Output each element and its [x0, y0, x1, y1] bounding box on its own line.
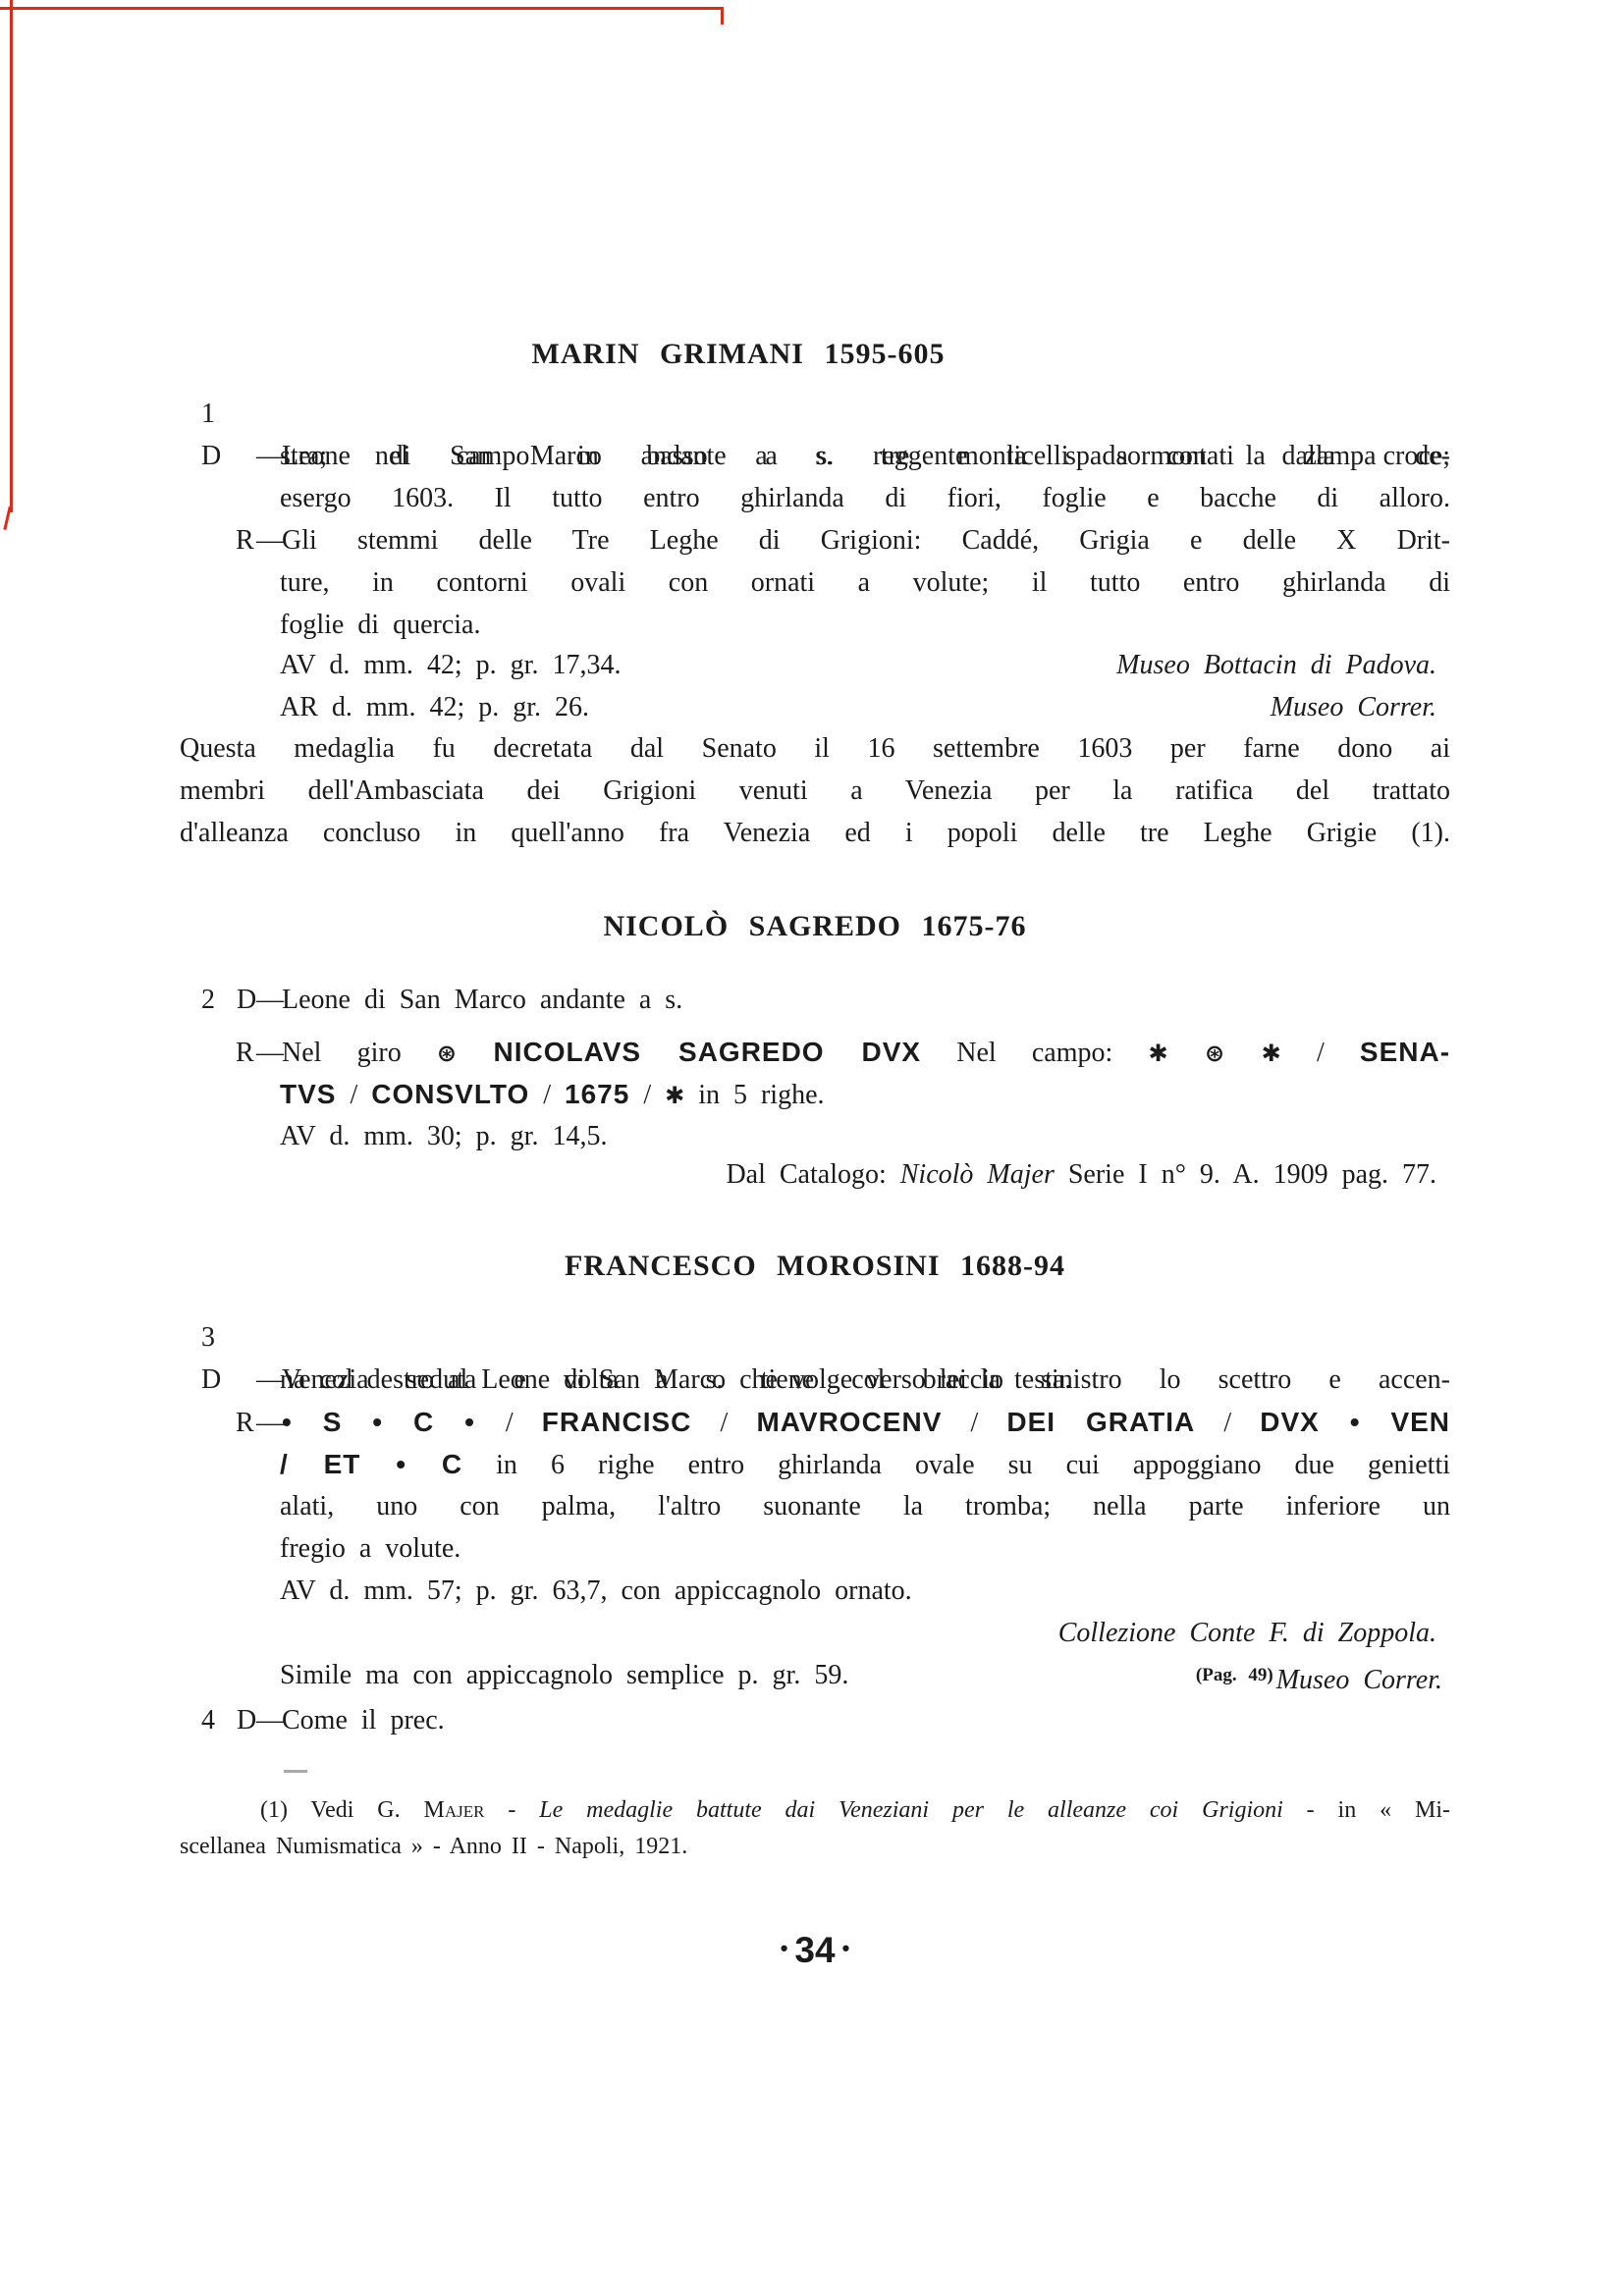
simile-text: Simile ma con appiccagnolo semplice p. g… [280, 1654, 848, 1696]
entry-line: R—• S • C • / FRANCISC / MAVROCENV / DEI… [180, 1401, 1450, 1443]
text-run: Questa medaglia fu decretata dal Senato … [180, 733, 1450, 764]
text-run: stra; nel campo in basso a s. tre montic… [280, 441, 1450, 471]
entry-dash: — [256, 1402, 282, 1444]
text-run: ture, in contorni ovali con ornati a vol… [280, 567, 1450, 598]
text-run: in 5 righe. [684, 1080, 824, 1110]
entry-line: 2 D—Leone di San Marco andante a s. [180, 979, 1450, 1021]
section-title-francesco-morosini: FRANCESCO MOROSINI 1688-94 [180, 1244, 1450, 1289]
entry-dash: — [256, 519, 282, 561]
page-number-dot: • [836, 1936, 857, 1960]
entry-text: Leone di San Marco andante a s. [282, 985, 682, 1015]
text-run: (1) Vedi G. [260, 1797, 424, 1823]
text-run: na col destro al Leone di San Marco che … [280, 1364, 1071, 1395]
text-run: CONSVLTO [371, 1079, 529, 1109]
text-run: Come il prec. [282, 1705, 445, 1735]
text-run: Leone di San Marco andante a s. [282, 985, 682, 1015]
text-run: Nel giro [282, 1038, 437, 1068]
text-run: Museo Bottacin di Padova. [1116, 650, 1436, 680]
text-run: / [1281, 1038, 1360, 1068]
text-run: fregio a volute. [280, 1533, 460, 1564]
entry-line: stra; nel campo in basso a s. tre montic… [180, 435, 1450, 477]
entry-text: • S • C • / FRANCISC / MAVROCENV / DEI G… [282, 1408, 1450, 1438]
text-run: / [629, 1080, 665, 1110]
simile-line: Simile ma con appiccagnolo semplice p. g… [180, 1654, 1450, 1696]
entry-2d: 2 D—Leone di San Marco andante a s. [180, 979, 1450, 1021]
simile-note: Simile ma con appiccagnolo semplice p. g… [180, 1654, 1450, 1696]
text-run: DEI GRATIA [1006, 1407, 1195, 1437]
text-run: • S • C • [282, 1407, 506, 1437]
catalog-reference: Dal Catalogo: Nicolò Majer Serie I n° 9.… [180, 1153, 1450, 1196]
collection-attribution: Collezione Conte F. di Zoppola. [180, 1612, 1450, 1654]
entry-dash: — [256, 1032, 282, 1074]
entry-dash: — [256, 979, 282, 1021]
text-run: / [942, 1408, 1006, 1438]
text-run: TVS [280, 1079, 336, 1109]
text-run: Nicolò Majer [900, 1159, 1055, 1190]
museum-attribution: Museo Correr. [1271, 686, 1436, 728]
entry-line: fregio a volute. [180, 1527, 1450, 1570]
entry-text: Nel giro ⊛ NICOLAVS SAGREDO DVX Nel camp… [282, 1038, 1450, 1068]
text-run: Museo Correr. [1276, 1665, 1442, 1695]
footnote-separator [284, 1770, 307, 1773]
spec-line: AV d. mm. 42; p. gr. 17,34.Museo Bottaci… [180, 644, 1450, 686]
text-run: / [691, 1408, 756, 1438]
specs-morosini: AV d. mm. 57; p. gr. 63,7, con appiccagn… [180, 1570, 1450, 1612]
museum-attribution: (Pag. 49)Museo Correr. [1196, 1654, 1442, 1696]
entry-dash: — [256, 1699, 282, 1741]
footnote-line: (1) Vedi G. Majer - Le medaglie battute … [180, 1792, 1450, 1829]
spec-line: AR d. mm. 42; p. gr. 26.Museo Correr. [180, 686, 1450, 728]
text-run: membri dell'Ambasciata dei Grigioni venu… [180, 775, 1450, 806]
paragraph-line: Questa medaglia fu decretata dal Senato … [180, 727, 1450, 770]
text-run: AR d. mm. 42; p. gr. 26. [280, 692, 589, 722]
text-run: Dal Catalogo: [726, 1159, 899, 1190]
text-run: SENA- [1360, 1037, 1450, 1067]
red-pen-mark-left-tail [3, 507, 11, 530]
red-pen-mark-top [0, 7, 724, 10]
footnote-line: scellanea Numismatica » - Anno II - Napo… [180, 1829, 1450, 1865]
text-run: scellanea Numismatica » - Anno II - Napo… [180, 1834, 687, 1859]
entry-line: / ET • C in 6 righe entro ghirlanda oval… [180, 1443, 1450, 1485]
text-run: DVX • VEN [1260, 1407, 1450, 1437]
spec-value: AR d. mm. 42; p. gr. 26. [280, 686, 589, 728]
red-pen-mark-top-tick [721, 7, 724, 25]
text-run: ✱ [665, 1082, 684, 1109]
entry-dash: — [256, 1359, 282, 1401]
text-run: Majer [424, 1797, 485, 1823]
text-run: ✱ ⊛ ✱ [1148, 1040, 1280, 1067]
book-page: { "scan_marks": {"color": "#dd2b17"}, "s… [0, 0, 1624, 2296]
entry-label: R [236, 519, 256, 561]
specs-sagredo: AV d. mm. 30; p. gr. 14,5. [180, 1115, 1450, 1157]
page-number-dot: • [774, 1936, 795, 1960]
text-run: ⊛ [437, 1040, 494, 1067]
entry-line: TVS / CONSVLTO / 1675 / ✱ in 5 righe. [180, 1073, 1450, 1115]
entry-label: 2 D [201, 979, 256, 1021]
entry-3d: 3 D—Venezia seduta e volta a s. tiene co… [180, 1316, 1450, 1401]
entry-line: 3 D—Venezia seduta e volta a s. tiene co… [180, 1316, 1450, 1359]
museum-attribution: Museo Bottacin di Padova. [1116, 644, 1436, 686]
entry-line: R—Gli stemmi delle Tre Leghe di Grigioni… [180, 519, 1450, 561]
text-run: FRANCISC [542, 1407, 692, 1437]
text-run: AV d. mm. 30; p. gr. 14,5. [280, 1121, 607, 1151]
text-run: Gli stemmi delle Tre Leghe di Grigioni: … [282, 525, 1450, 556]
entry-label: 3 D [201, 1316, 256, 1401]
text-run: / [336, 1080, 371, 1110]
text-run: / ET • C [280, 1449, 462, 1479]
entry-text: Gli stemmi delle Tre Leghe di Grigioni: … [282, 525, 1450, 556]
spec-line: AV d. mm. 57; p. gr. 63,7, con appiccagn… [180, 1570, 1450, 1612]
text-run: / [529, 1080, 565, 1110]
text-run: Collezione Conte F. di Zoppola. [1058, 1618, 1436, 1648]
entry-3r: R—• S • C • / FRANCISC / MAVROCENV / DEI… [180, 1401, 1450, 1570]
text-run: Serie I n° 9. A. 1909 pag. 77. [1055, 1159, 1436, 1190]
footnote: (1) Vedi G. Majer - Le medaglie battute … [180, 1792, 1450, 1865]
entry-label: R [236, 1032, 256, 1074]
entry-4d: 4 D—Come il prec. [180, 1699, 1450, 1741]
catalog-line: Dal Catalogo: Nicolò Majer Serie I n° 9.… [180, 1153, 1450, 1196]
text-run: (Pag. 49) [1196, 1665, 1276, 1685]
text-run: MAVROCENV [756, 1407, 942, 1437]
entry-text: Come il prec. [282, 1705, 445, 1735]
text-run: foglie di quercia. [280, 610, 480, 640]
spec-value: AV d. mm. 42; p. gr. 17,34. [280, 644, 621, 686]
entry-line: esergo 1603. Il tutto entro ghirlanda di… [180, 477, 1450, 519]
text-run: Le medaglie battute dai Veneziani per le… [539, 1797, 1283, 1823]
entry-1d: 1 D—Leone di San Marco andante a s. regg… [180, 393, 1450, 519]
paragraph-line: membri dell'Ambasciata dei Grigioni venu… [180, 770, 1450, 812]
text-run: - in « Mi- [1283, 1797, 1450, 1823]
entry-label: 4 D [201, 1699, 256, 1741]
text-run: d'alleanza concluso in quell'anno fra Ve… [180, 818, 1450, 848]
text-run: / [1195, 1408, 1260, 1438]
spec-line: AV d. mm. 30; p. gr. 14,5. [180, 1115, 1450, 1157]
entry-label: 1 D [201, 393, 256, 477]
paragraph-line: d'alleanza concluso in quell'anno fra Ve… [180, 812, 1450, 854]
text-run: alati, uno con palma, l'altro suonante l… [280, 1491, 1450, 1522]
text-run: - [485, 1797, 540, 1823]
entry-line: ture, in contorni ovali con ornati a vol… [180, 561, 1450, 604]
text-run: AV d. mm. 57; p. gr. 63,7, con appiccagn… [280, 1575, 912, 1606]
text-run: 1675 [565, 1079, 629, 1109]
entry-line: foglie di quercia. [180, 604, 1450, 646]
entry-line: 4 D—Come il prec. [180, 1699, 1450, 1741]
entry-line: R—Nel giro ⊛ NICOLAVS SAGREDO DVX Nel ca… [180, 1031, 1450, 1073]
section-title-nicolo-sagredo: NICOLÒ SAGREDO 1675-76 [180, 904, 1450, 949]
entry-2r: R—Nel giro ⊛ NICOLAVS SAGREDO DVX Nel ca… [180, 1031, 1450, 1115]
text-run: NICOLAVS SAGREDO DVX [493, 1037, 921, 1067]
entry-dash: — [256, 435, 282, 477]
entry-line: alati, uno con palma, l'altro suonante l… [180, 1485, 1450, 1527]
paragraph-decree: Questa medaglia fu decretata dal Senato … [180, 727, 1450, 854]
entry-label: R [236, 1402, 256, 1444]
text-run: AV d. mm. 42; p. gr. 17,34. [280, 650, 621, 680]
collection-line: Collezione Conte F. di Zoppola. [180, 1612, 1450, 1654]
section-title-marin-grimani: MARIN GRIMANI 1595-605 [103, 332, 1374, 377]
text-run: / [506, 1408, 542, 1438]
entry-1r: R—Gli stemmi delle Tre Leghe di Grigioni… [180, 519, 1450, 646]
text-run: in 6 righe entro ghirlanda ovale su cui … [462, 1450, 1450, 1480]
text-run: Simile ma con appiccagnolo semplice p. g… [280, 1660, 848, 1690]
text-run: Museo Correr. [1271, 692, 1436, 722]
specs-grimani: AV d. mm. 42; p. gr. 17,34.Museo Bottaci… [180, 644, 1450, 728]
text-run: Nel campo: [921, 1038, 1148, 1068]
page-number: •34• [180, 1930, 1450, 1971]
red-pen-mark-left [10, 0, 13, 512]
entry-line: 1 D—Leone di San Marco andante a s. regg… [180, 393, 1450, 435]
page-number-value: 34 [794, 1930, 835, 1970]
text-run: esergo 1603. Il tutto entro ghirlanda di… [280, 483, 1450, 513]
